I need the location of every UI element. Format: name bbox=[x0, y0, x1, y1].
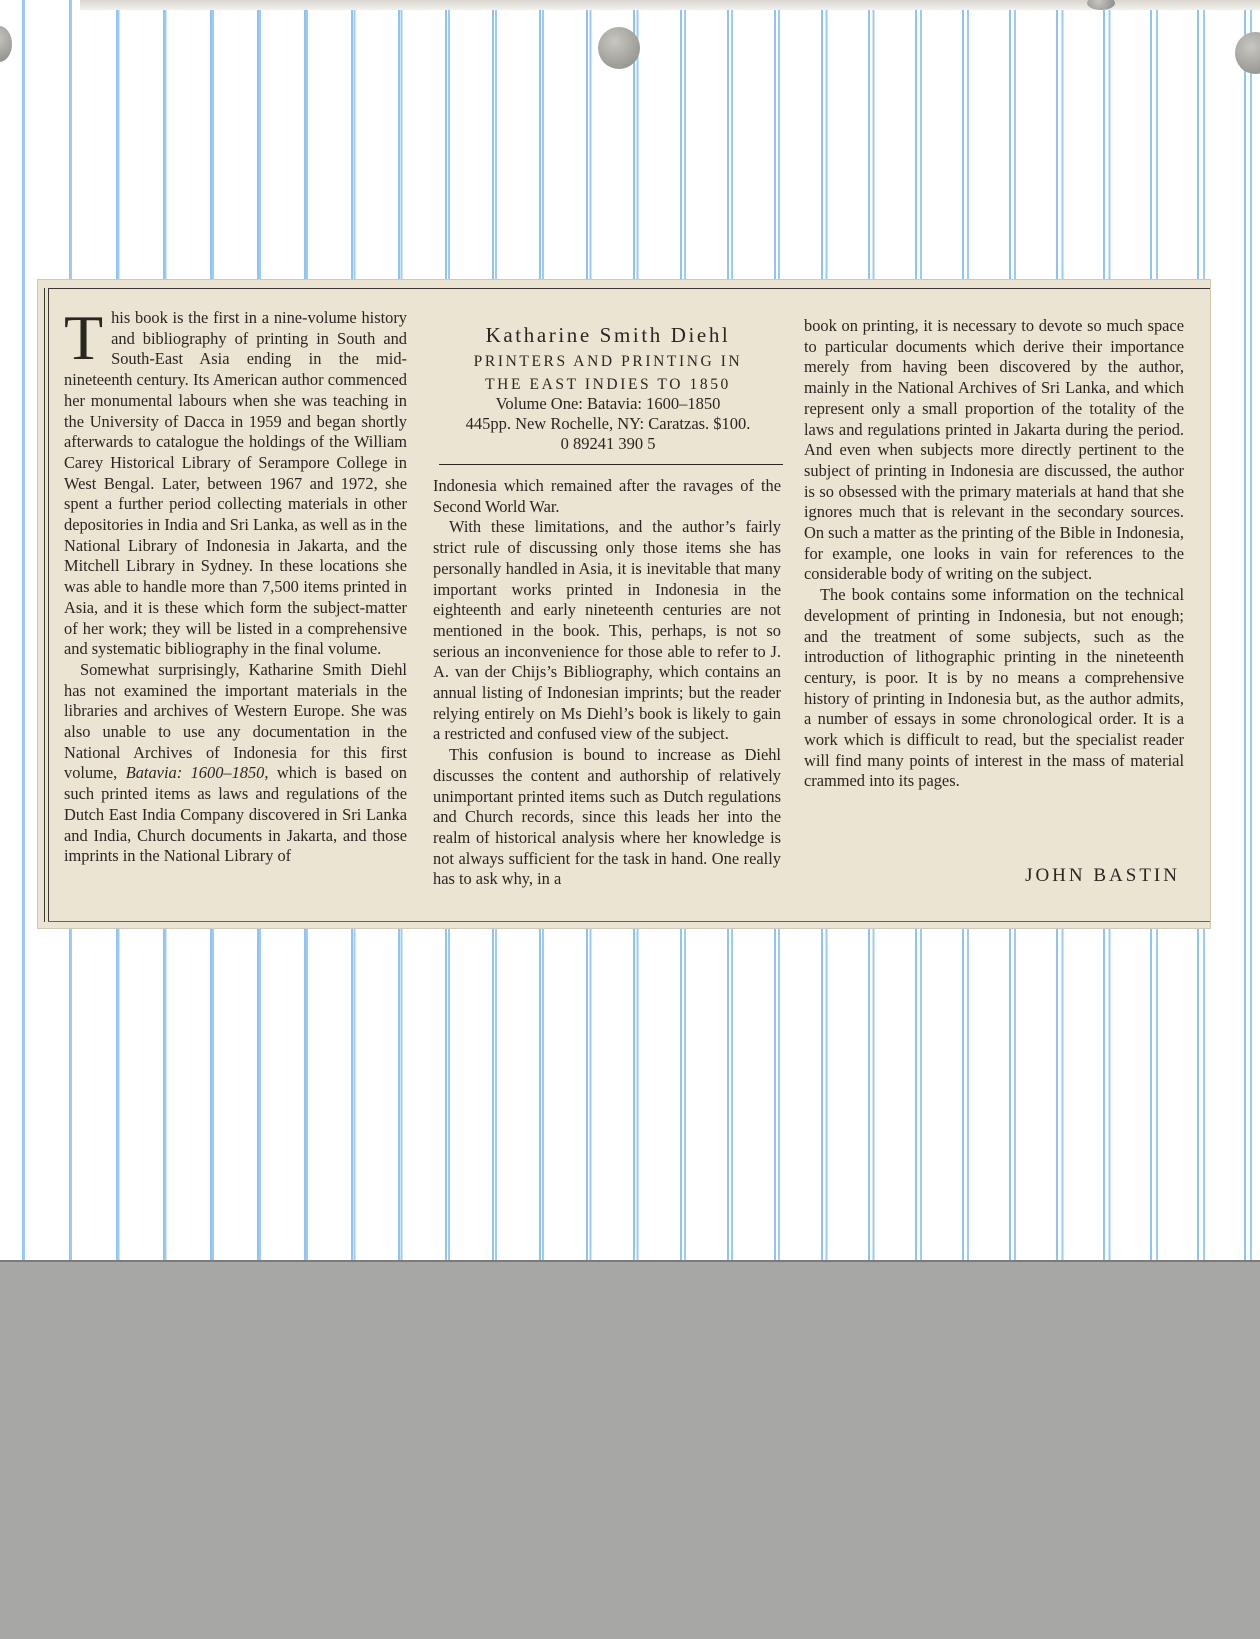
book-author: Katharine Smith Diehl bbox=[433, 322, 783, 348]
punch-hole-center bbox=[598, 27, 640, 69]
column-2: Indonesia which remained after the ravag… bbox=[433, 476, 781, 890]
newspaper-clipping: This book is the first in a nine-volume … bbox=[38, 280, 1210, 928]
paragraph: With these limitations, and the author’s… bbox=[433, 517, 781, 745]
scanner-background bbox=[0, 1260, 1260, 1639]
book-isbn: 0 89241 390 5 bbox=[433, 434, 783, 454]
paragraph: This confusion is bound to increase as D… bbox=[433, 745, 781, 890]
reviewer-byline: JOHN BASTIN bbox=[1025, 865, 1180, 887]
rule-bottom bbox=[48, 921, 1210, 922]
book-volume: Volume One: Batavia: 1600–1850 bbox=[433, 394, 783, 414]
paragraph: Somewhat surprisingly, Katharine Smith D… bbox=[64, 660, 407, 867]
book-title-line-2: THE EAST INDIES TO 1850 bbox=[433, 375, 783, 394]
column-3: book on printing, it is necessary to dev… bbox=[804, 316, 1184, 792]
column-rule-left bbox=[44, 288, 49, 922]
column-1: This book is the first in a nine-volume … bbox=[64, 308, 407, 867]
paragraph: book on printing, it is necessary to dev… bbox=[804, 316, 1184, 585]
book-publication: 445pp. New Rochelle, NY: Caratzas. $100. bbox=[433, 414, 783, 434]
paragraph: The book contains some information on th… bbox=[804, 585, 1184, 792]
paragraph: This book is the first in a nine-volume … bbox=[64, 308, 407, 660]
paper-top-edge bbox=[80, 0, 1260, 10]
rule-top bbox=[48, 288, 1210, 289]
book-title-line-1: PRINTERS AND PRINTING IN bbox=[433, 352, 783, 371]
book-title-italic: Batavia: 1600–1850 bbox=[126, 763, 265, 782]
book-header: Katharine Smith Diehl PRINTERS AND PRINT… bbox=[433, 308, 783, 465]
paragraph: Indonesia which remained after the ravag… bbox=[433, 476, 781, 517]
drop-cap: T bbox=[64, 312, 103, 364]
header-rule bbox=[439, 464, 783, 465]
